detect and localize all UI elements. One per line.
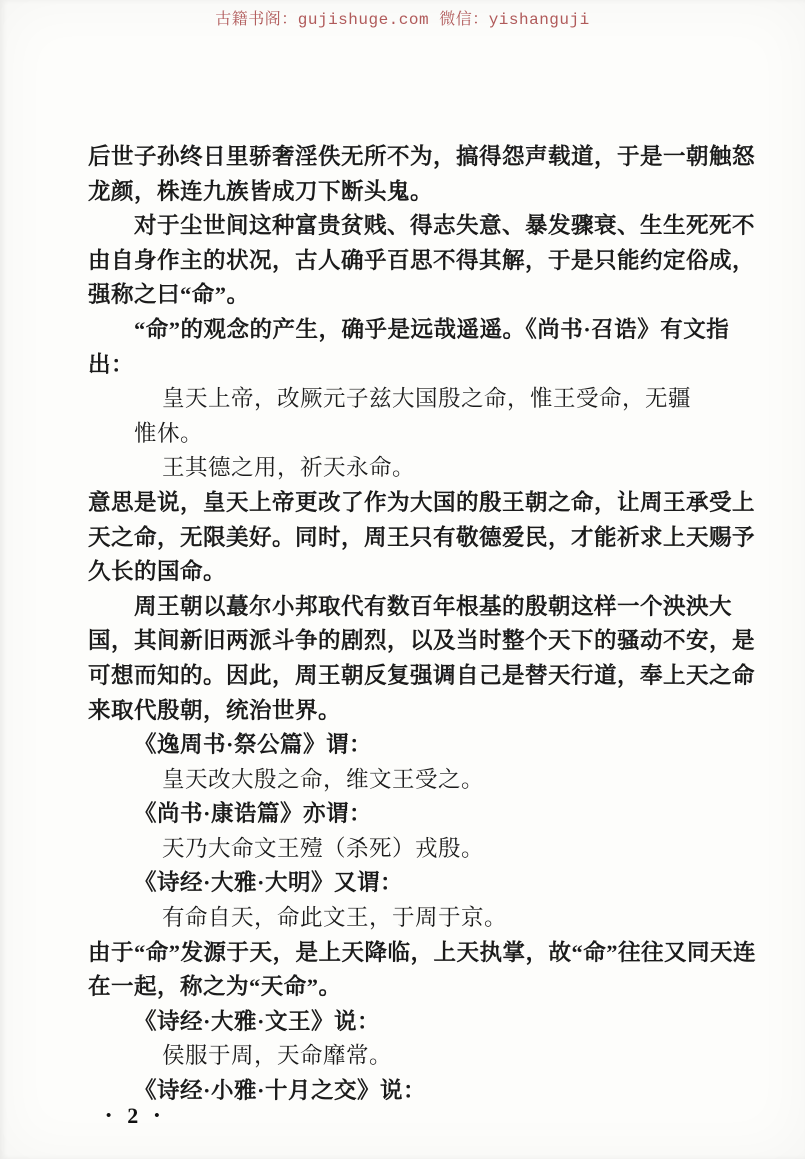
- text-line: 对于尘世间这种富贵贫贱、得志失意、暴发骤衰、生生死死不: [88, 209, 768, 244]
- text-line: 周王朝以蕞尔小邦取代有数百年根基的殷朝这样一个泱泱大: [88, 590, 768, 625]
- quote-line: 有命自天，命此文王，于周于京。: [88, 901, 768, 936]
- page-number: • 2 •: [106, 1103, 160, 1129]
- text-line: 后世子孙终日里骄奢淫佚无所不为，搞得怨声载道，于是一朝触怒: [88, 140, 768, 175]
- book-title-line: 《诗经·小雅·十月之交》说：: [88, 1074, 768, 1109]
- page-body-text: 后世子孙终日里骄奢淫佚无所不为，搞得怨声载道，于是一朝触怒 龙颜，株连九族皆成刀…: [88, 140, 768, 1109]
- text-line: 强称之曰“命”。: [88, 278, 768, 313]
- quote-line: 天乃大命文王殪（杀死）戎殷。: [88, 832, 768, 867]
- page-number-right-dot: •: [154, 1105, 159, 1127]
- book-title-line: 《逸周书·祭公篇》谓：: [88, 728, 768, 763]
- text-line: 由于“命”发源于天，是上天降临，上天执掌，故“命”往往又同天连: [88, 936, 768, 971]
- watermark-header: 古籍书阁：gujishuge.com 微信：yishanguji: [0, 6, 805, 29]
- text-line: “命”的观念的产生，确乎是远哉遥遥。《尚书·召诰》有文指: [88, 313, 768, 348]
- scanned-book-page: 古籍书阁：gujishuge.com 微信：yishanguji 后世子孙终日里…: [0, 0, 805, 1159]
- text-line: 久长的国命。: [88, 555, 768, 590]
- page-number-value: 2: [127, 1103, 138, 1129]
- page-number-left-dot: •: [106, 1105, 111, 1127]
- quote-line: 皇天改大殷之命，维文王受之。: [88, 763, 768, 798]
- text-line: 在一起，称之为“天命”。: [88, 970, 768, 1005]
- quote-line: 侯服于周，天命靡常。: [88, 1039, 768, 1074]
- text-line: 国，其间新旧两派斗争的剧烈，以及当时整个天下的骚动不安，是: [88, 624, 768, 659]
- book-title-line: 《诗经·大雅·大明》又谓：: [88, 866, 768, 901]
- quote-line: 皇天上帝，改厥元子兹大国殷之命，惟王受命，无疆: [88, 382, 768, 417]
- text-line: 意思是说，皇天上帝更改了作为大国的殷王朝之命，让周王承受上: [88, 486, 768, 521]
- quote-line: 王其德之用，祈天永命。: [88, 451, 768, 486]
- text-line: 来取代殷朝，统治世界。: [88, 694, 768, 729]
- text-line: 可想而知的。因此，周王朝反复强调自己是替天行道，奉上天之命: [88, 659, 768, 694]
- text-line: 龙颜，株连九族皆成刀下断头鬼。: [88, 175, 768, 210]
- quote-line: 惟休。: [88, 417, 768, 452]
- text-line: 由自身作主的状况，古人确乎百思不得其解，于是只能约定俗成，: [88, 244, 768, 279]
- text-line: 出：: [88, 348, 768, 383]
- text-line: 天之命，无限美好。同时，周王只有敬德爱民，才能祈求上天赐予: [88, 521, 768, 556]
- book-title-line: 《尚书·康诰篇》亦谓：: [88, 797, 768, 832]
- book-title-line: 《诗经·大雅·文王》说：: [88, 1005, 768, 1040]
